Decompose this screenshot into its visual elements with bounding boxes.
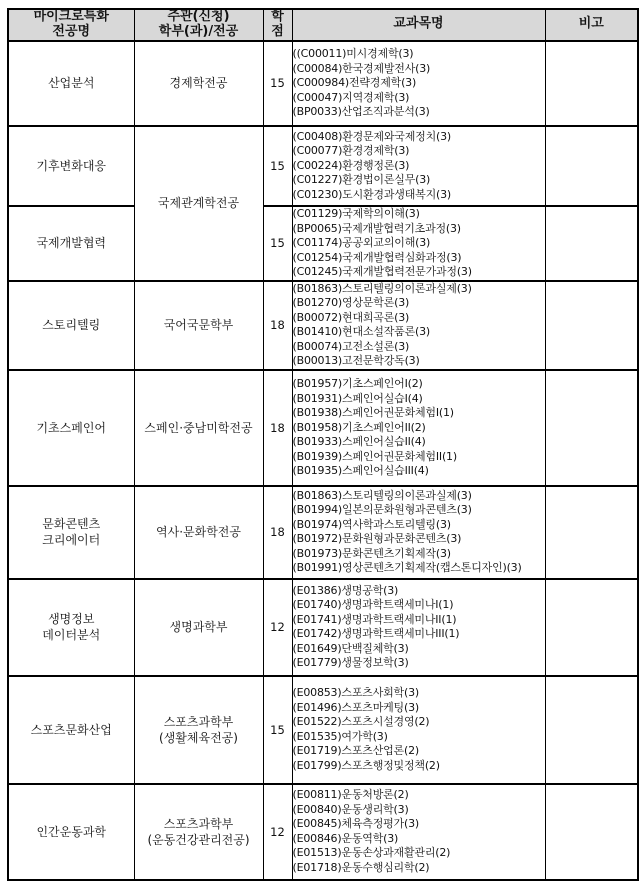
col-header-department: 주관(신청) 학부(과)/전공	[134, 9, 263, 41]
note-cell	[545, 41, 638, 126]
table-row: 문화콘텐츠 크리에이터 역사·문화학전공 18 (B01863)스토리텔링의이론…	[8, 486, 638, 579]
major-cell: 국제개발협력	[8, 206, 134, 281]
micro-major-course-table: 마이크로특화 전공명 주관(신청) 학부(과)/전공 학 점 교과목명 비고 산…	[7, 8, 639, 881]
credits-cell: 18	[263, 486, 292, 579]
note-cell	[545, 281, 638, 370]
major-cell: 산업분석	[8, 41, 134, 126]
dept-cell: 스포츠과학부 (운동건강관리전공)	[134, 784, 263, 880]
table-row: 인간운동과학 스포츠과학부 (운동건강관리전공) 12 (E00811)운동처방…	[8, 784, 638, 880]
dept-cell: 국어국문학부	[134, 281, 263, 370]
course-list: ((C00011)미시경제학(3) (C00084)한국경제발전사(3) (C0…	[293, 47, 545, 120]
courses-cell: (B01863)스토리텔링의이론과실제(3) (B01994)일본의문화원형과콘…	[292, 486, 545, 579]
credits-cell: 15	[263, 126, 292, 206]
col-header-courses: 교과목명	[292, 9, 545, 41]
col-header-major-name: 마이크로특화 전공명	[8, 9, 134, 41]
major-cell: 기초스페인어	[8, 370, 134, 486]
credits-cell: 18	[263, 281, 292, 370]
credits-cell: 15	[263, 676, 292, 784]
dept-cell: 역사·문화학전공	[134, 486, 263, 579]
course-list: (E00811)운동처방론(2) (E00840)운동생리학(3) (E0084…	[293, 788, 545, 875]
course-list: (E00853)스포츠사회학(3) (E01496)스포츠마케팅(3) (E01…	[293, 686, 545, 773]
courses-cell: ((C00011)미시경제학(3) (C00084)한국경제발전사(3) (C0…	[292, 41, 545, 126]
course-list: (C01129)국제학의이해(3) (BP0065)국제개발협력기초과정(3) …	[293, 207, 545, 280]
note-cell	[545, 784, 638, 880]
col-header-credits: 학 점	[263, 9, 292, 41]
credits-cell: 12	[263, 579, 292, 676]
credits-cell: 18	[263, 370, 292, 486]
courses-cell: (C01129)국제학의이해(3) (BP0065)국제개발협력기초과정(3) …	[292, 206, 545, 281]
major-cell: 생명정보 데이터분석	[8, 579, 134, 676]
course-list: (E01386)생명공학(3) (E01740)생명과학트랙세미나I(1) (E…	[293, 584, 545, 671]
credits-cell: 12	[263, 784, 292, 880]
major-cell: 스토리텔링	[8, 281, 134, 370]
dept-cell: 생명과학부	[134, 579, 263, 676]
dept-cell: 스페인·중남미학전공	[134, 370, 263, 486]
major-cell: 인간운동과학	[8, 784, 134, 880]
course-list: (B01863)스토리텔링의이론과실제(3) (B01270)영상문학론(3) …	[293, 282, 545, 369]
dept-cell: 스포츠과학부 (생활체육전공)	[134, 676, 263, 784]
note-cell	[545, 486, 638, 579]
note-cell	[545, 579, 638, 676]
courses-cell: (C00408)환경문제와국제정치(3) (C00077)환경경제학(3) (C…	[292, 126, 545, 206]
course-list: (B01957)기초스페인어I(2) (B01931)스페인어실습I(4) (B…	[293, 377, 545, 479]
table-row: 스포츠문화산업 스포츠과학부 (생활체육전공) 15 (E00853)스포츠사회…	[8, 676, 638, 784]
table-row: 산업분석 경제학전공 15 ((C00011)미시경제학(3) (C00084)…	[8, 41, 638, 126]
courses-cell: (E00853)스포츠사회학(3) (E01496)스포츠마케팅(3) (E01…	[292, 676, 545, 784]
course-list: (C00408)환경문제와국제정치(3) (C00077)환경경제학(3) (C…	[293, 130, 545, 203]
note-cell	[545, 370, 638, 486]
credits-cell: 15	[263, 206, 292, 281]
note-cell	[545, 676, 638, 784]
courses-cell: (B01863)스토리텔링의이론과실제(3) (B01270)영상문학론(3) …	[292, 281, 545, 370]
note-cell	[545, 206, 638, 281]
table-row: 생명정보 데이터분석 생명과학부 12 (E01386)생명공학(3) (E01…	[8, 579, 638, 676]
courses-cell: (B01957)기초스페인어I(2) (B01931)스페인어실습I(4) (B…	[292, 370, 545, 486]
col-header-note: 비고	[545, 9, 638, 41]
major-cell: 스포츠문화산업	[8, 676, 134, 784]
header-row: 마이크로특화 전공명 주관(신청) 학부(과)/전공 학 점 교과목명 비고	[8, 9, 638, 41]
table-row: 기초스페인어 스페인·중남미학전공 18 (B01957)기초스페인어I(2) …	[8, 370, 638, 486]
course-list: (B01863)스토리텔링의이론과실제(3) (B01994)일본의문화원형과콘…	[293, 489, 545, 576]
table-row: 기후변화대응 국제관계학전공 15 (C00408)환경문제와국제정치(3) (…	[8, 126, 638, 206]
table-row: 스토리텔링 국어국문학부 18 (B01863)스토리텔링의이론과실제(3) (…	[8, 281, 638, 370]
note-cell	[545, 126, 638, 206]
credits-cell: 15	[263, 41, 292, 126]
courses-cell: (E00811)운동처방론(2) (E00840)운동생리학(3) (E0084…	[292, 784, 545, 880]
table-row: 국제개발협력 15 (C01129)국제학의이해(3) (BP0065)국제개발…	[8, 206, 638, 281]
document-page: 마이크로특화 전공명 주관(신청) 학부(과)/전공 학 점 교과목명 비고 산…	[0, 0, 644, 890]
major-cell: 문화콘텐츠 크리에이터	[8, 486, 134, 579]
dept-cell: 경제학전공	[134, 41, 263, 126]
courses-cell: (E01386)생명공학(3) (E01740)생명과학트랙세미나I(1) (E…	[292, 579, 545, 676]
dept-cell: 국제관계학전공	[134, 126, 263, 281]
major-cell: 기후변화대응	[8, 126, 134, 206]
